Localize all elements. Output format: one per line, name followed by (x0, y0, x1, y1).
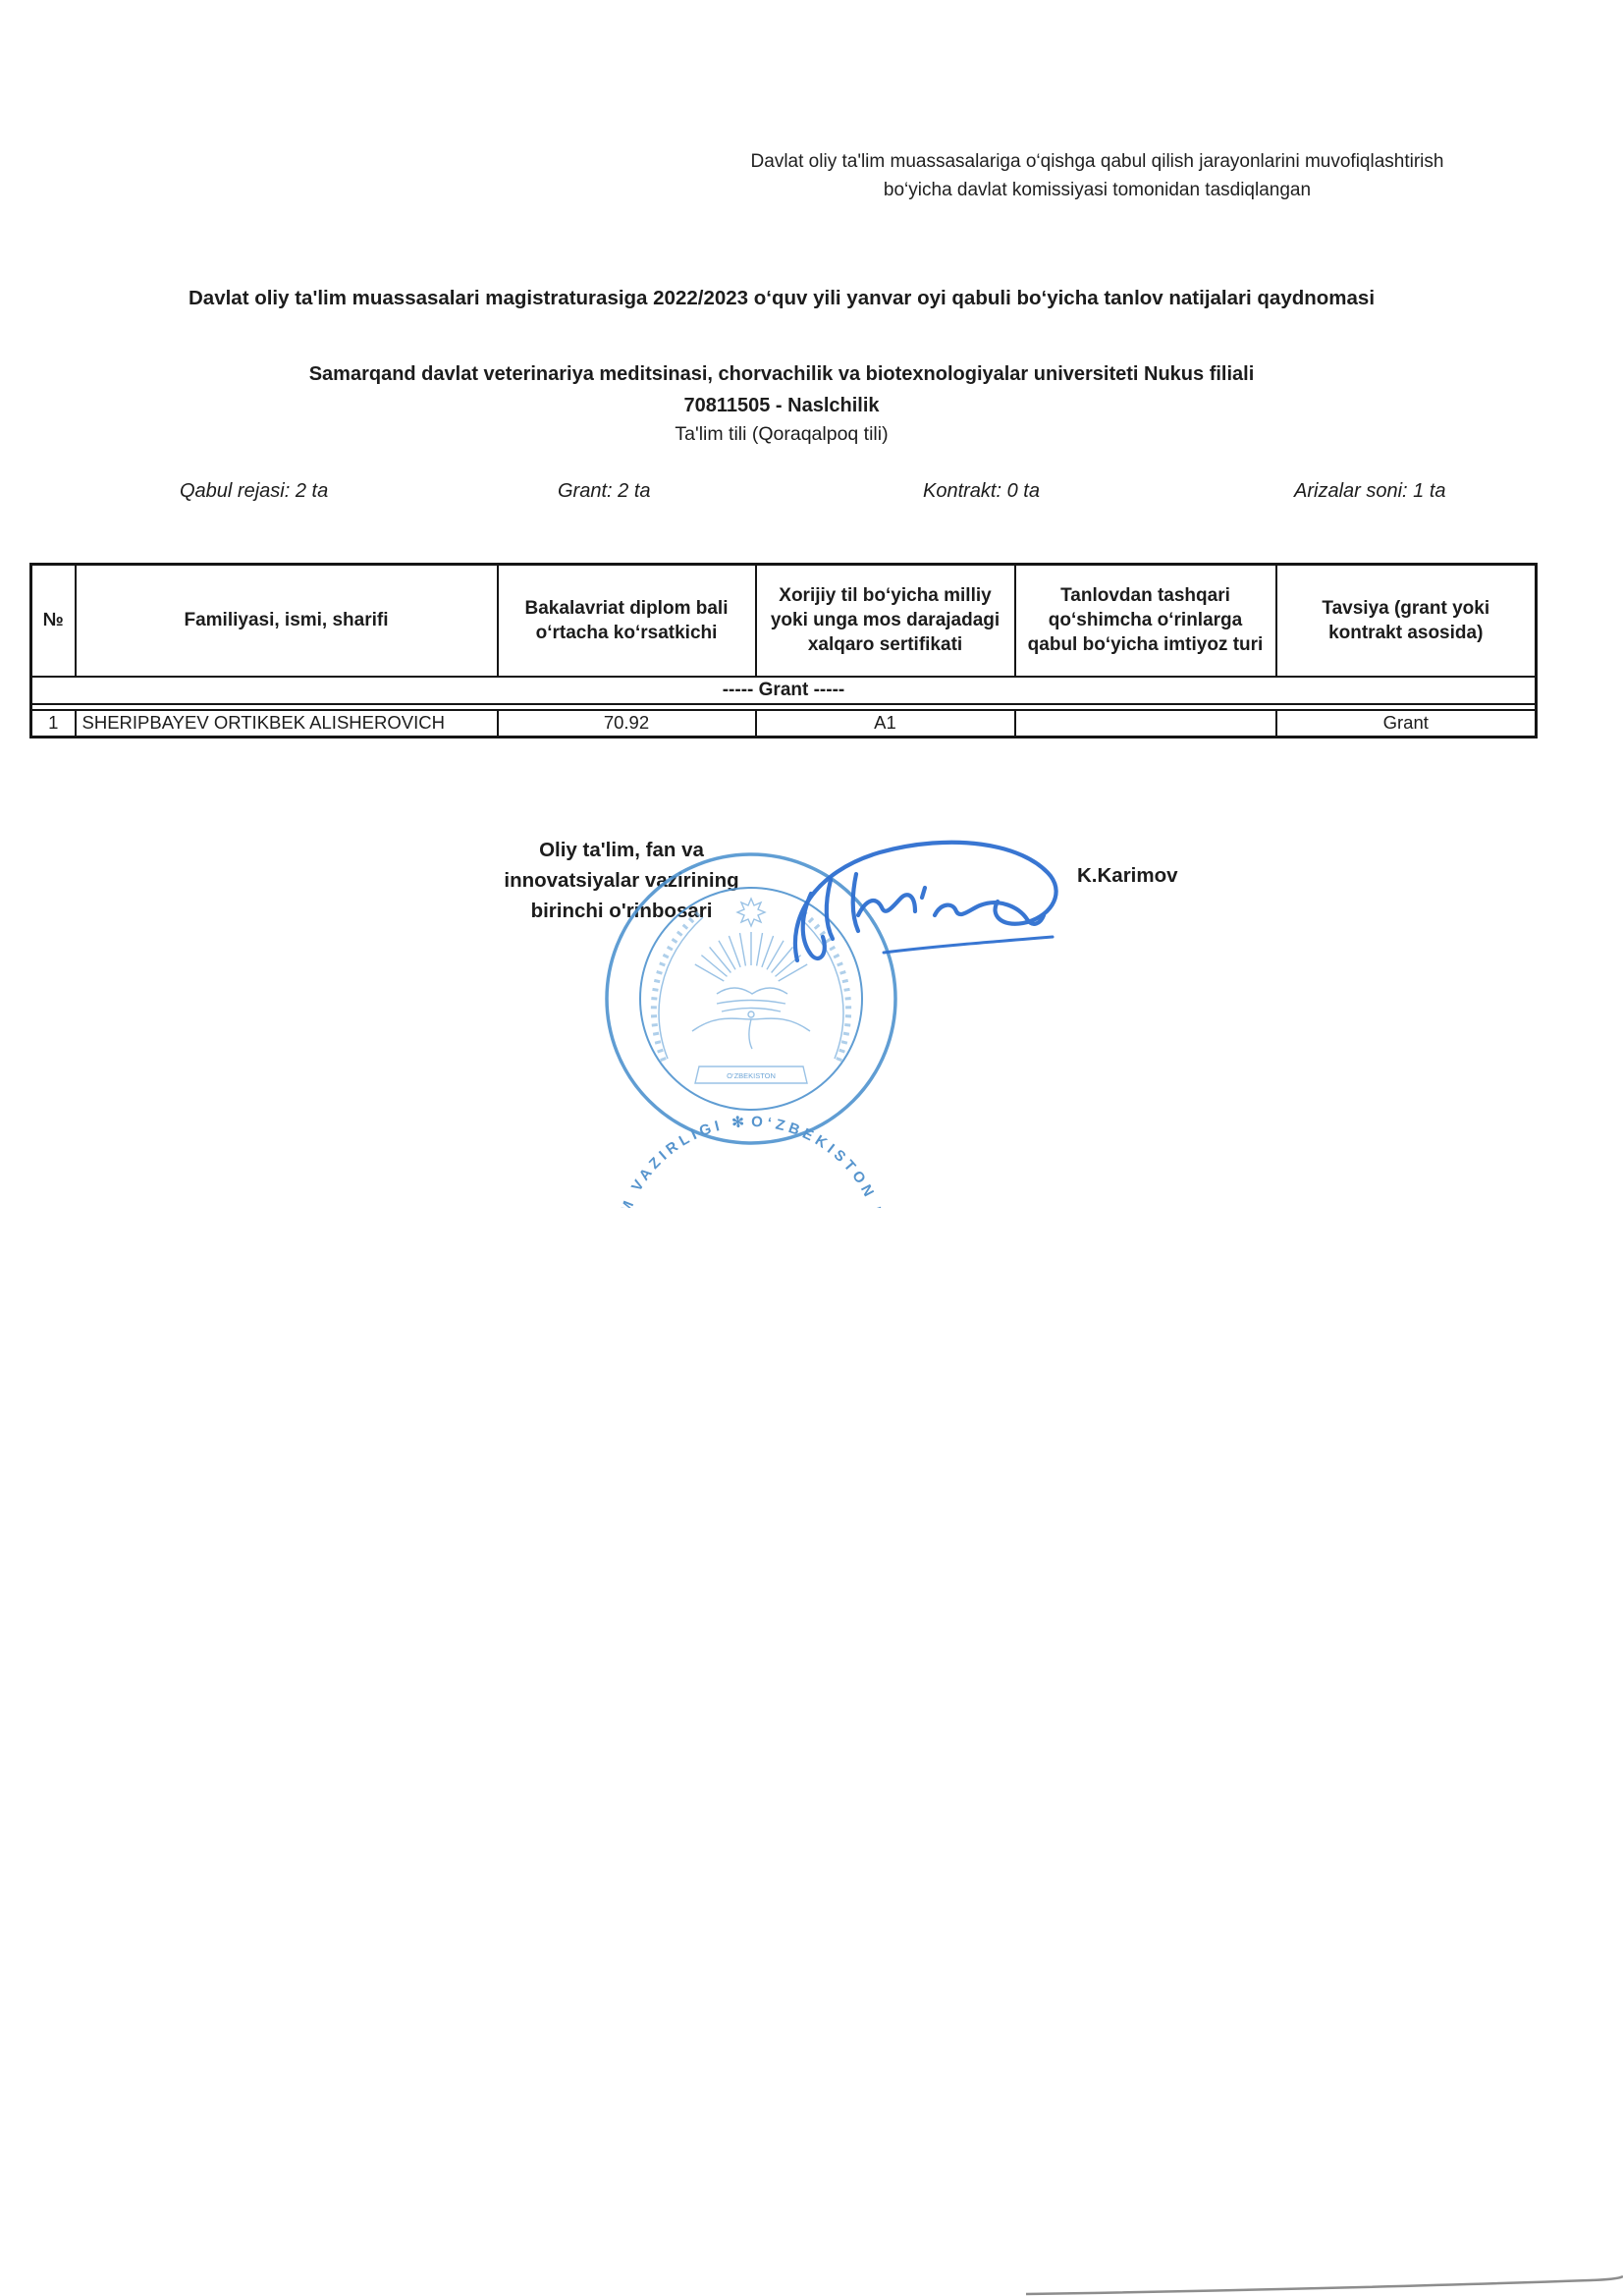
column-header-certificate: Xorijiy til bo‘yicha milliy yoki unga mo… (756, 565, 1015, 677)
education-language: Ta'lim tili (Qoraqalpoq tili) (26, 423, 1538, 446)
cell-no: 1 (31, 710, 76, 738)
official-stamp-and-signature: O‘ZBEKISTON RESPUBLIKASI OLIY VA O‘RTA M… (569, 825, 1080, 1208)
program-code: 70811505 - Naslchilik (26, 395, 1538, 417)
document-title: Davlat oliy ta'lim muassasalari magistra… (26, 287, 1538, 310)
cell-recommendation: Grant (1276, 710, 1537, 738)
cell-certificate: A1 (756, 710, 1015, 738)
stat-grant: Grant: 2 ta (558, 480, 651, 503)
svg-text:O‘ZBEKISTON RESPUBLIKASI OLIY: O‘ZBEKISTON RESPUBLIKASI OLIY VA O‘RTA M… (611, 1114, 892, 1208)
scan-edge-artifact (0, 2259, 1623, 2296)
column-header-no: № (31, 565, 76, 677)
table-row: 1 SHERIPBAYEV ORTIKBEK ALISHEROVICH 70.9… (31, 710, 1537, 738)
approval-line1: Davlat oliy ta'lim muassasalariga o‘qish… (722, 147, 1473, 176)
grant-separator-row: ----- Grant ----- (31, 677, 1537, 704)
cell-privilege (1015, 710, 1276, 738)
stat-contract: Kontrakt: 0 ta (923, 480, 1040, 503)
stamp-center-label: O‘ZBEKISTON (727, 1071, 776, 1080)
results-table: № Familiyasi, ismi, sharifi Bakalavriat … (29, 563, 1538, 738)
stat-applications: Arizalar soni: 1 ta (1294, 480, 1446, 503)
approval-line2: bo‘yicha davlat komissiyasi tomonidan ta… (722, 176, 1473, 204)
cell-gpa: 70.92 (498, 710, 756, 738)
cell-name: SHERIPBAYEV ORTIKBEK ALISHEROVICH (76, 710, 498, 738)
university-name: Samarqand davlat veterinariya meditsinas… (26, 363, 1538, 386)
signature-ink-icon (795, 843, 1056, 960)
approval-note: Davlat oliy ta'lim muassasalariga o‘qish… (722, 147, 1473, 205)
column-header-recommendation: Tavsiya (grant yoki kontrakt asosida) (1276, 565, 1537, 677)
column-header-name: Familiyasi, ismi, sharifi (76, 565, 498, 677)
column-header-privilege: Tanlovdan tashqari qo‘shimcha o‘rinlarga… (1015, 565, 1276, 677)
signer-name: K.Karimov (1077, 864, 1178, 888)
grant-separator-label: ----- Grant ----- (31, 677, 1537, 704)
table-header-row: № Familiyasi, ismi, sharifi Bakalavriat … (31, 565, 1537, 677)
stat-admission-plan: Qabul rejasi: 2 ta (180, 480, 328, 503)
stamp-ring-text: O‘ZBEKISTON RESPUBLIKASI OLIY VA O‘RTA M… (611, 1114, 892, 1208)
column-header-gpa: Bakalavriat diplom bali o‘rtacha ko‘rsat… (498, 565, 756, 677)
